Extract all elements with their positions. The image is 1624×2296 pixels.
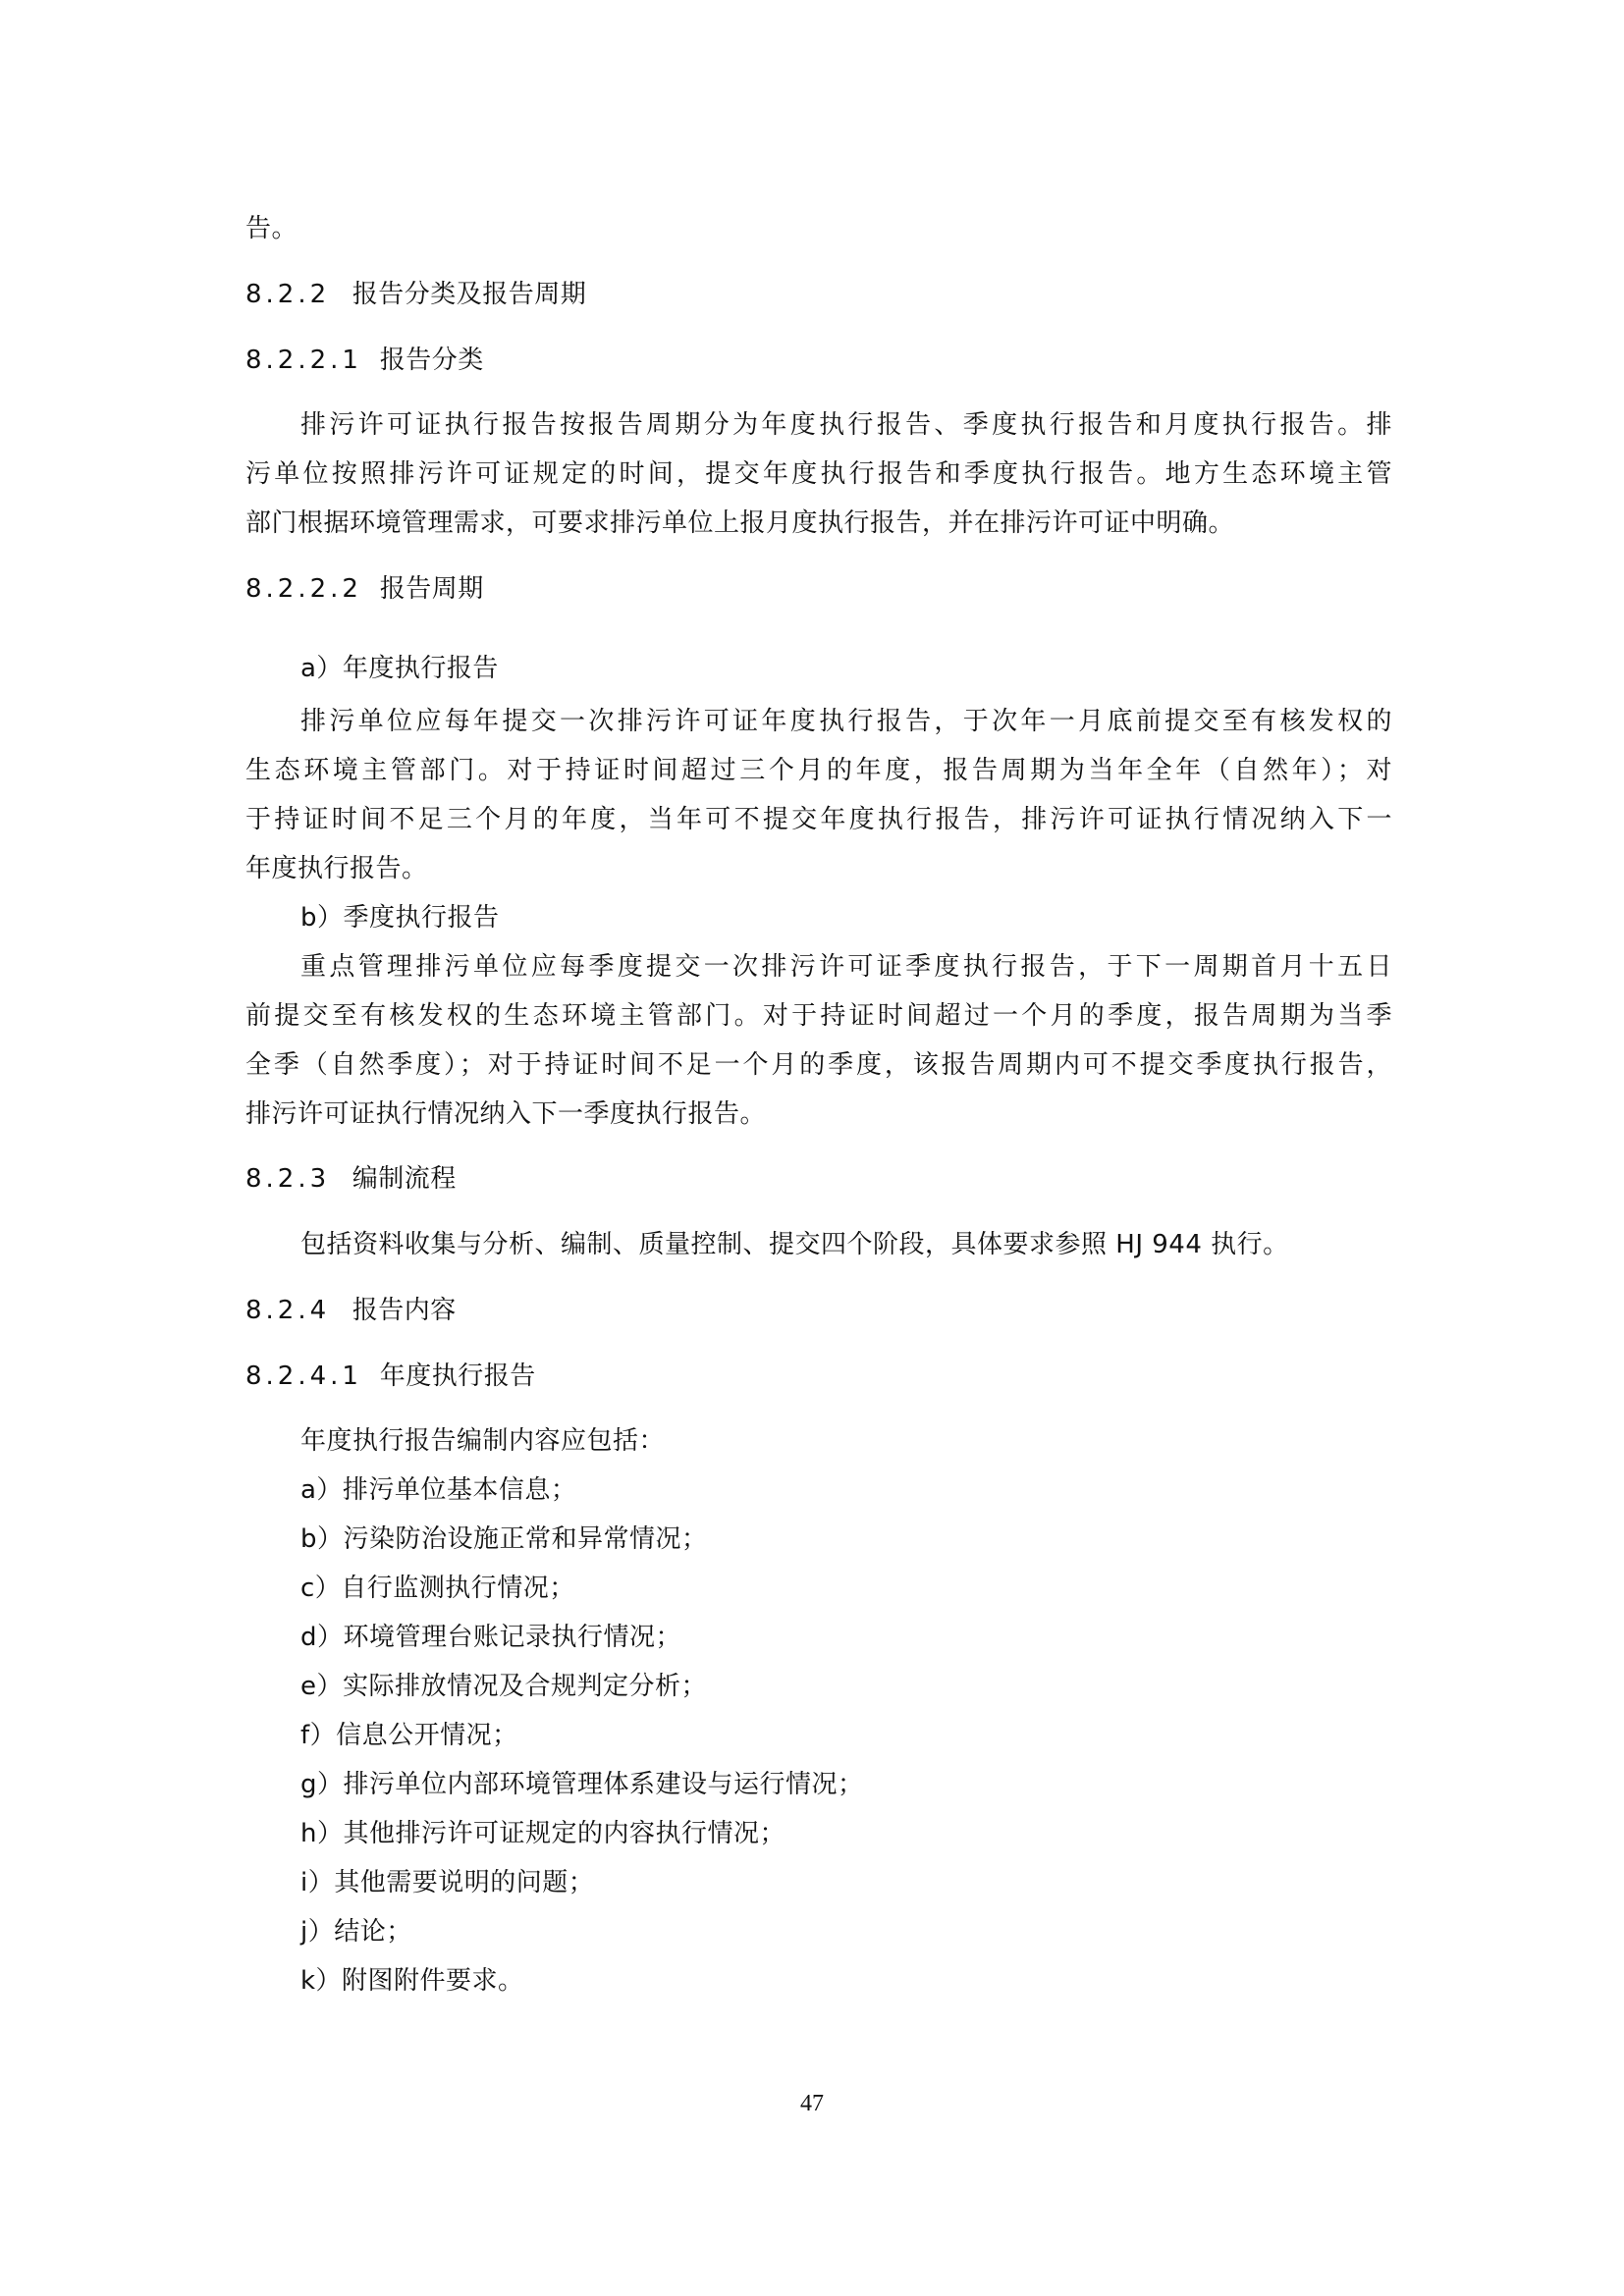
section-title: 报告分类 — [380, 346, 484, 375]
list-item: k）附图附件要求。 — [300, 1964, 1392, 1998]
section-title: 报告周期 — [380, 574, 484, 604]
paragraph-line: 生态环境主管部门。对于持证时间超过三个月的年度，报告周期为当年全年（自然年）；对 — [245, 754, 1392, 787]
paragraph-line: 污单位按照排污许可证规定的时间，提交年度执行报告和季度执行报告。地方生态环境主管 — [245, 457, 1392, 491]
heading-8-2-4-1: 8.2.4.1 年度执行报告 — [245, 1360, 1392, 1393]
subitem-label-quarterly: b）季度执行报告 — [300, 901, 1392, 934]
paragraph-line: 重点管理排污单位应每季度提交一次排污许可证季度执行报告，于下一周期首月十五日 — [300, 950, 1392, 984]
list-item: g）排污单位内部环境管理体系建设与运行情况； — [300, 1768, 1392, 1801]
carryover-text: 告。 — [245, 212, 1392, 245]
section-number: 8.2.4.1 — [245, 1360, 371, 1393]
heading-8-2-2-1: 8.2.2.1 报告分类 — [245, 344, 1392, 377]
list-intro: 年度执行报告编制内容应包括： — [300, 1424, 1392, 1458]
paragraph-line: 全季（自然季度）；对于持证时间不足一个月的季度，该报告周期内可不提交季度执行报告… — [245, 1048, 1392, 1082]
paragraph-line: 排污许可证执行情况纳入下一季度执行报告。 — [245, 1097, 1392, 1131]
list-item: h）其他排污许可证规定的内容执行情况； — [300, 1817, 1392, 1850]
section-number: 8.2.2.1 — [245, 344, 371, 377]
paragraph-line: 排污单位应每年提交一次排污许可证年度执行报告，于次年一月底前提交至有核发权的 — [300, 705, 1392, 738]
page-number: 47 — [0, 2091, 1624, 2117]
heading-8-2-3: 8.2.3 编制流程 — [245, 1162, 1392, 1196]
heading-8-2-2-2: 8.2.2.2 报告周期 — [245, 572, 1392, 606]
list-item: c）自行监测执行情况； — [300, 1572, 1392, 1605]
section-title: 编制流程 — [352, 1164, 457, 1194]
paragraph-line: 包括资料收集与分析、编制、质量控制、提交四个阶段，具体要求参照 HJ 944 执… — [300, 1228, 1392, 1261]
list-item: b）污染防治设施正常和异常情况； — [300, 1522, 1392, 1556]
paragraph-line: 部门根据环境管理需求，可要求排污单位上报月度执行报告，并在排污许可证中明确。 — [245, 507, 1392, 540]
heading-8-2-4: 8.2.4 报告内容 — [245, 1294, 1392, 1327]
list-item: a）排污单位基本信息； — [300, 1473, 1392, 1507]
document-page: 告。 8.2.2 报告分类及报告周期 8.2.2.1 报告分类 排污许可证执行报… — [0, 0, 1624, 2296]
list-item: j）结论； — [300, 1915, 1392, 1949]
paragraph-line: 前提交至有核发权的生态环境主管部门。对于持证时间超过一个月的季度，报告周期为当季 — [245, 999, 1392, 1033]
paragraph-line: 排污许可证执行报告按报告周期分为年度执行报告、季度执行报告和月度执行报告。排 — [300, 408, 1392, 442]
section-number: 8.2.2 — [245, 278, 344, 311]
paragraph-line: 年度执行报告。 — [245, 852, 1392, 885]
section-title: 年度执行报告 — [380, 1362, 536, 1391]
list-item: e）实际排放情况及合规判定分析； — [300, 1670, 1392, 1703]
section-number: 8.2.2.2 — [245, 572, 371, 606]
list-item: d）环境管理台账记录执行情况； — [300, 1621, 1392, 1654]
heading-8-2-2: 8.2.2 报告分类及报告周期 — [245, 278, 1392, 311]
paragraph-line: 于持证时间不足三个月的年度，当年可不提交年度执行报告，排污许可证执行情况纳入下一 — [245, 803, 1392, 836]
section-title: 报告内容 — [352, 1296, 457, 1325]
section-title: 报告分类及报告周期 — [352, 280, 587, 309]
list-item: i）其他需要说明的问题； — [300, 1866, 1392, 1899]
subitem-label-annual: a）年度执行报告 — [300, 652, 1392, 685]
section-number: 8.2.3 — [245, 1162, 344, 1196]
list-item: f）信息公开情况； — [300, 1719, 1392, 1752]
section-number: 8.2.4 — [245, 1294, 344, 1327]
